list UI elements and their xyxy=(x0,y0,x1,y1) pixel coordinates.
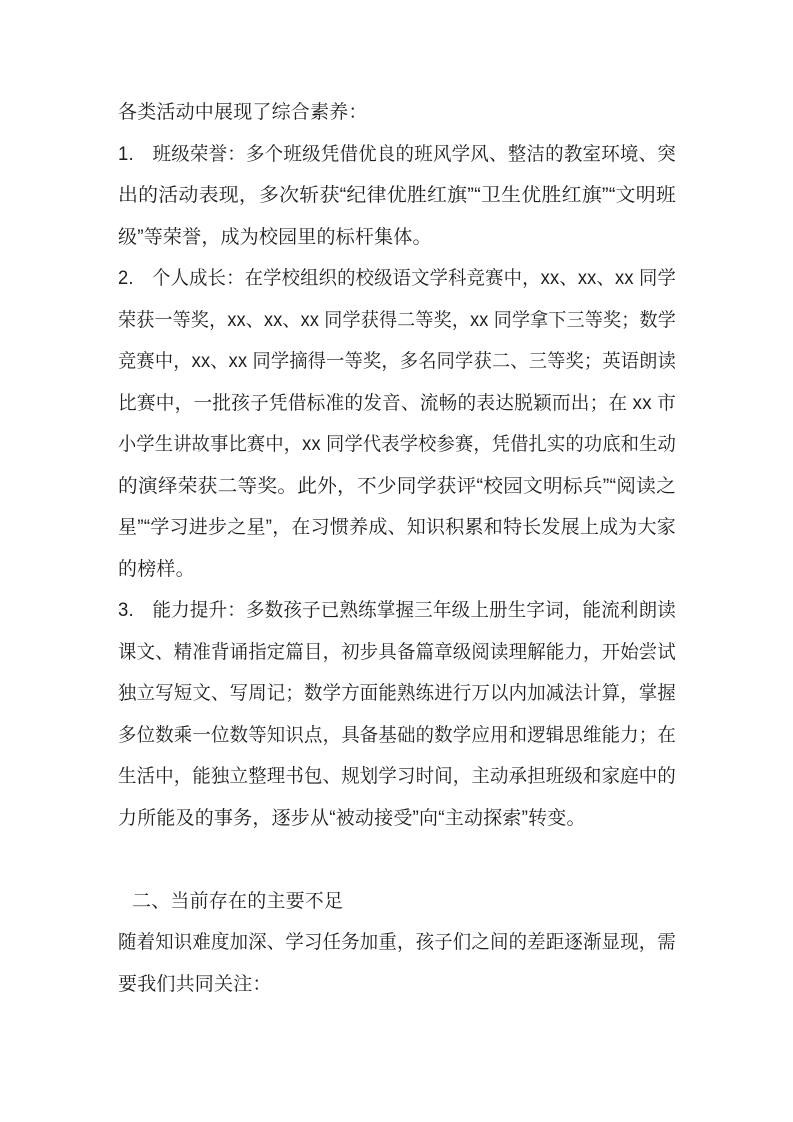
text-line: 生活中，能独立整理书包、规划学习时间，主动承担班级和家庭中的 xyxy=(118,756,676,798)
paragraph-intro-line: 各类活动中展现了综合素养： xyxy=(118,92,676,134)
text-line: 3. 能力提升：多数孩子已熟练掌握三年级上册生字词，能流利朗读 xyxy=(118,590,676,632)
section-heading-section-2-heading: 二、当前存在的主要不足 xyxy=(118,881,676,923)
text-line: 的榜样。 xyxy=(118,549,676,591)
text-run: 的演绎荣获二等奖。此外，不少同学获评“校园文明标兵”“阅读之 xyxy=(118,466,676,508)
numbered-item-item-2-personal-growth: 2. 个人成长：在学校组织的校级语文学科竞赛中，xx、xx、xx 同学荣获一等奖… xyxy=(118,258,676,590)
text-line: 比赛中，一批孩子凭借标准的发音、流畅的表达脱颖而出；在 xx 市 xyxy=(118,383,676,425)
text-line: 级”等荣誉，成为校园里的标杆集体。 xyxy=(118,217,676,259)
text-run: 随着知识难度加深、学习任务加重，孩子们之间的差距逐渐显现，需 xyxy=(118,922,676,964)
document-content: 各类活动中展现了综合素养：1. 班级荣誉：多个班级凭借优良的班风学风、整洁的教室… xyxy=(118,92,676,1005)
text-line: 课文、精准背诵指定篇目，初步具备篇章级阅读理解能力，开始尝试 xyxy=(118,632,676,674)
text-run: 各类活动中展现了综合素养： xyxy=(118,92,368,134)
text-run: 二、当前存在的主要不足 xyxy=(132,881,343,923)
text-line: 2. 个人成长：在学校组织的校级语文学科竞赛中，xx、xx、xx 同学 xyxy=(118,258,676,300)
text-run: 2. 个人成长：在学校组织的校级语文学科竞赛中，xx、xx、xx 同学 xyxy=(118,258,676,300)
text-run: 3. 能力提升：多数孩子已熟练掌握三年级上册生字词，能流利朗读 xyxy=(118,590,676,632)
text-line: 力所能及的事务，逐步从“被动接受”向“主动探索”转变。 xyxy=(118,798,676,840)
text-line: 1. 班级荣誉：多个班级凭借优良的班风学风、整洁的教室环境、突 xyxy=(118,134,676,176)
text-line: 小学生讲故事比赛中，xx 同学代表学校参赛，凭借扎实的功底和生动 xyxy=(118,424,676,466)
text-line: 各类活动中展现了综合素养： xyxy=(118,92,676,134)
text-run: 独立写短文、写周记；数学方面能熟练进行万以内加减法计算，掌握 xyxy=(118,673,676,715)
text-line: 出的活动表现，多次斩获“纪律优胜红旗”“卫生优胜红旗”“文明班 xyxy=(118,175,676,217)
text-run: 出的活动表现，多次斩获“纪律优胜红旗”“卫生优胜红旗”“文明班 xyxy=(118,175,676,217)
text-run: 星”“学习进步之星”，在习惯养成、知识积累和特长发展上成为大家 xyxy=(118,507,676,549)
paragraph-section-2-intro: 随着知识难度加深、学习任务加重，孩子们之间的差距逐渐显现，需要我们共同关注： xyxy=(118,922,676,1005)
text-line: 独立写短文、写周记；数学方面能熟练进行万以内加减法计算，掌握 xyxy=(118,673,676,715)
numbered-item-item-3-ability-improvement: 3. 能力提升：多数孩子已熟练掌握三年级上册生字词，能流利朗读课文、精准背诵指定… xyxy=(118,590,676,839)
text-run: 荣获一等奖，xx、xx、xx 同学获得二等奖，xx 同学拿下三等奖；数学 xyxy=(118,300,676,342)
text-run: 的榜样。 xyxy=(118,549,195,591)
text-run: 1. 班级荣誉：多个班级凭借优良的班风学风、整洁的教室环境、突 xyxy=(118,134,676,176)
text-run: 比赛中，一批孩子凭借标准的发音、流畅的表达脱颖而出；在 xx 市 xyxy=(118,383,676,425)
text-line: 要我们共同关注： xyxy=(118,964,676,1006)
text-run: 生活中，能独立整理书包、规划学习时间，主动承担班级和家庭中的 xyxy=(118,756,676,798)
document-page: 各类活动中展现了综合素养：1. 班级荣誉：多个班级凭借优良的班风学风、整洁的教室… xyxy=(0,0,793,1122)
text-run: 力所能及的事务，逐步从“被动接受”向“主动探索”转变。 xyxy=(118,798,586,840)
text-line: 竞赛中，xx、xx 同学摘得一等奖，多名同学获二、三等奖；英语朗读 xyxy=(118,341,676,383)
text-run: 多位数乘一位数等知识点，具备基础的数学应用和逻辑思维能力；在 xyxy=(118,715,676,757)
text-run: 级”等荣誉，成为校园里的标杆集体。 xyxy=(118,217,432,259)
text-line: 随着知识难度加深、学习任务加重，孩子们之间的差距逐渐显现，需 xyxy=(118,922,676,964)
text-line: 二、当前存在的主要不足 xyxy=(118,881,676,923)
text-line: 星”“学习进步之星”，在习惯养成、知识积累和特长发展上成为大家 xyxy=(118,507,676,549)
numbered-item-item-1-class-honors: 1. 班级荣誉：多个班级凭借优良的班风学风、整洁的教室环境、突出的活动表现，多次… xyxy=(118,134,676,259)
text-line: 多位数乘一位数等知识点，具备基础的数学应用和逻辑思维能力；在 xyxy=(118,715,676,757)
text-run: 竞赛中，xx、xx 同学摘得一等奖，多名同学获二、三等奖；英语朗读 xyxy=(118,341,676,383)
text-run: 课文、精准背诵指定篇目，初步具备篇章级阅读理解能力，开始尝试 xyxy=(118,632,676,674)
text-line: 荣获一等奖，xx、xx、xx 同学获得二等奖，xx 同学拿下三等奖；数学 xyxy=(118,300,676,342)
text-run: 要我们共同关注： xyxy=(118,964,272,1006)
text-line: 的演绎荣获二等奖。此外，不少同学获评“校园文明标兵”“阅读之 xyxy=(118,466,676,508)
text-run: 小学生讲故事比赛中，xx 同学代表学校参赛，凭借扎实的功底和生动 xyxy=(118,424,676,466)
